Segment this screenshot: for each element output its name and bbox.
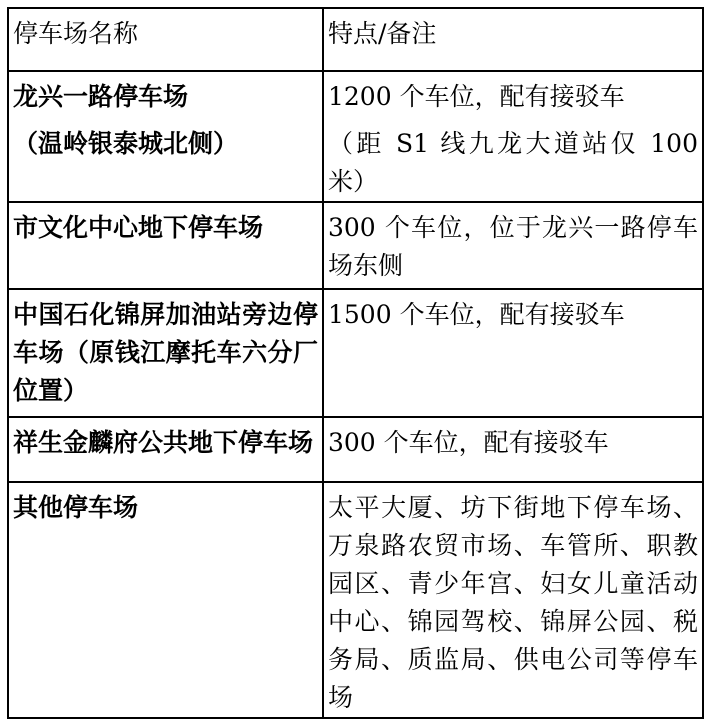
parking-name-cell: 龙兴一路停车场 （温岭银泰城北侧）: [8, 71, 323, 202]
parking-note-cell: 1500 个车位，配有接驳车: [323, 289, 703, 417]
parking-name-line: 中国石化锦屏加油站旁边停车场（原钱江摩托车六分厂位置）: [13, 296, 318, 410]
table-row: 中国石化锦屏加油站旁边停车场（原钱江摩托车六分厂位置） 1500 个车位，配有接…: [8, 289, 703, 417]
parking-note-line: 1500 个车位，配有接驳车: [328, 296, 698, 334]
parking-note-line: 300 个车位，位于龙兴一路停车场东侧: [328, 209, 698, 285]
column-header-label: 停车场名称: [13, 15, 318, 53]
parking-name-cell: 中国石化锦屏加油站旁边停车场（原钱江摩托车六分厂位置）: [8, 289, 323, 417]
parking-name-line: 其他停车场: [13, 489, 318, 527]
column-header-notes: 特点/备注: [323, 8, 703, 71]
parking-note-cell: 太平大厦、坊下街地下停车场、万泉路农贸市场、车管所、职教园区、青少年宫、妇女儿童…: [323, 482, 703, 718]
column-header-label: 特点/备注: [328, 15, 698, 53]
parking-note-line: 300 个车位，配有接驳车: [328, 424, 698, 462]
parking-name-line: 龙兴一路停车场: [13, 78, 318, 116]
parking-note-line: 太平大厦、坊下街地下停车场、万泉路农贸市场、车管所、职教园区、青少年宫、妇女儿童…: [328, 489, 698, 717]
table-row: 市文化中心地下停车场 300 个车位，位于龙兴一路停车场东侧: [8, 202, 703, 289]
parking-note-line: （距 S1 线九龙大道站仅 100 米）: [328, 125, 698, 201]
table-row: 祥生金麟府公共地下停车场 300 个车位，配有接驳车: [8, 417, 703, 482]
parking-name-line: 祥生金麟府公共地下停车场: [13, 424, 318, 462]
parking-note-cell: 1200 个车位，配有接驳车 （距 S1 线九龙大道站仅 100 米）: [323, 71, 703, 202]
parking-table: 停车场名称 特点/备注 龙兴一路停车场 （温岭银泰城北侧） 1200 个车位，配…: [7, 7, 704, 719]
parking-note-cell: 300 个车位，配有接驳车: [323, 417, 703, 482]
table-row: 龙兴一路停车场 （温岭银泰城北侧） 1200 个车位，配有接驳车 （距 S1 线…: [8, 71, 703, 202]
parking-name-line: 市文化中心地下停车场: [13, 209, 318, 247]
parking-note-line: 1200 个车位，配有接驳车: [328, 78, 698, 116]
table-header-row: 停车场名称 特点/备注: [8, 8, 703, 71]
parking-name-cell: 其他停车场: [8, 482, 323, 718]
parking-name-line: （温岭银泰城北侧）: [13, 125, 318, 163]
column-header-parking-name: 停车场名称: [8, 8, 323, 71]
parking-name-cell: 市文化中心地下停车场: [8, 202, 323, 289]
table-row: 其他停车场 太平大厦、坊下街地下停车场、万泉路农贸市场、车管所、职教园区、青少年…: [8, 482, 703, 718]
parking-note-cell: 300 个车位，位于龙兴一路停车场东侧: [323, 202, 703, 289]
parking-name-cell: 祥生金麟府公共地下停车场: [8, 417, 323, 482]
